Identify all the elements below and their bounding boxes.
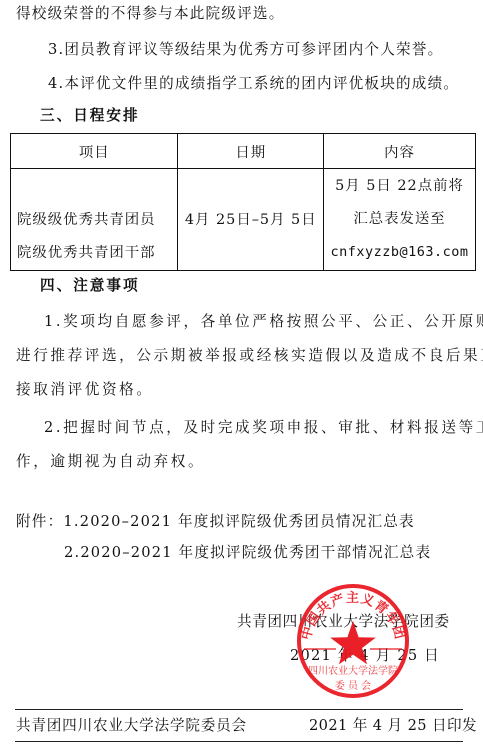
section-heading-schedule: 三、日程安排: [40, 106, 140, 126]
footer-top-rule: [15, 709, 463, 710]
table-header-row: 项目 日期 内容: [11, 134, 476, 169]
footer-issue-date: 2021 年 4 月 25 日印发: [309, 716, 477, 736]
paragraph-line: 进行推荐评选，公示期被举报或经核实造假以及造成不良后果直: [16, 346, 483, 366]
email-address: cnfxyzzb@163.com: [324, 236, 475, 269]
signature-date: 2021 年 4 月 25 日: [290, 646, 440, 666]
paragraph-line: 4.本评优文件里的成绩指学工系统的团内评优板块的成绩。: [48, 74, 459, 94]
table-row: 院级级优秀共青团员 院级优秀共青团干部 4月 25日–5月 5日 5月 5日 2…: [11, 169, 476, 271]
content-line: 5月 5日 22点前将: [324, 170, 475, 203]
attachment-item: 1.2020–2021 年度拟评院级优秀团员情况汇总表: [63, 513, 414, 530]
cell-content: 5月 5日 22点前将 汇总表发送至 cnfxyzzb@163.com: [324, 169, 476, 271]
schedule-table: 项目 日期 内容 院级级优秀共青团员 院级优秀共青团干部 4月 25日–5月 5…: [10, 133, 476, 271]
attachments-block: 附件：1.2020–2021 年度拟评院级优秀团员情况汇总表: [16, 512, 415, 532]
cell-date: 4月 25日–5月 5日: [178, 169, 324, 271]
attachments-label: 附件：: [16, 513, 63, 530]
paragraph-line: 作，逾期视为自动弃权。: [16, 452, 205, 472]
column-header-content: 内容: [324, 134, 476, 169]
footer-issuer: 共青团四川农业大学法学院委员会: [16, 716, 247, 736]
column-header-item: 项目: [11, 134, 178, 169]
seal-inner-text-2: 委 员 会: [335, 679, 371, 692]
section-heading-notes: 四、注意事项: [40, 276, 140, 296]
official-seal-stamp: 中国共产主义青年团 四川农业大学法学院 委 员 会: [296, 583, 410, 699]
column-header-date: 日期: [178, 134, 324, 169]
paragraph-line: 2.把握时间节点，及时完成奖项申报、审批、材料报送等工: [44, 418, 483, 438]
content-line: 汇总表发送至: [324, 203, 475, 236]
paragraph-line: 3.团员教育评议等级结果为优秀方可参评团内个人荣誉。: [48, 40, 443, 60]
attachment-item: 2.2020–2021 年度拟评院级优秀团干部情况汇总表: [64, 543, 431, 563]
item-name: 院级级优秀共青团员: [17, 204, 177, 237]
signature-org: 共青团四川农业大学法学院团委: [237, 612, 450, 632]
paragraph-line: 1.奖项均自愿参评，各单位严格按照公平、公正、公开原则: [44, 312, 483, 332]
paragraph-line: 得校级荣誉的不得参与本此院级评选。: [16, 4, 285, 24]
footer-bottom-rule: [15, 741, 463, 742]
paragraph-line: 接取消评优资格。: [16, 380, 154, 400]
item-name: 院级优秀共青团干部: [17, 237, 177, 270]
cell-items: 院级级优秀共青团员 院级优秀共青团干部: [11, 169, 178, 271]
